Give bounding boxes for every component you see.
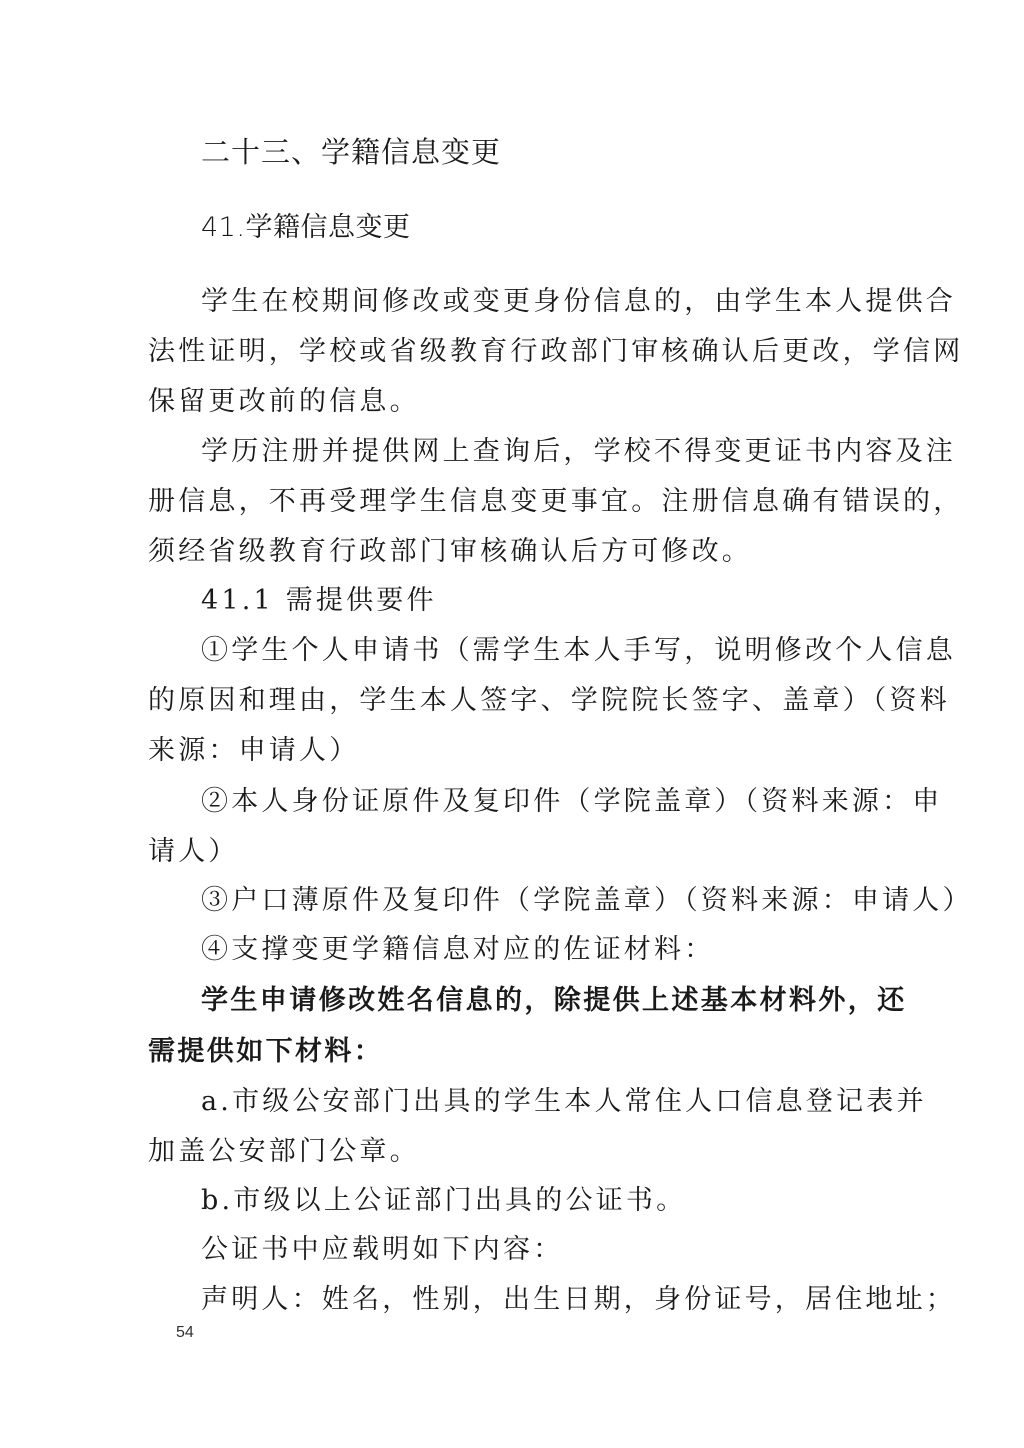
- paragraph-2-line-3: 须经省级教育行政部门审核确认后方可修改。: [148, 535, 878, 569]
- paragraph-2-line-2: 册信息，不再受理学生信息变更事宜。注册信息确有错误的，: [148, 485, 878, 519]
- subsection-heading: 41.学籍信息变更: [201, 211, 931, 245]
- name-change-intro-line-1: 学生申请修改姓名信息的，除提供上述基本材料外，还: [201, 984, 878, 1018]
- paragraph-1-line-3: 保留更改前的信息。: [148, 385, 878, 419]
- requirements-heading: 41.1 需提供要件: [201, 584, 931, 618]
- document-page: 二十三、学籍信息变更 41.学籍信息变更 学生在校期间修改或变更身份信息的，由学…: [0, 0, 1024, 1448]
- paragraph-2-line-1: 学历注册并提供网上查询后，学校不得变更证书内容及注: [201, 435, 878, 469]
- requirement-1-line-1: ①学生个人申请书（需学生本人手写，说明修改个人信息: [201, 634, 878, 668]
- requirement-3-line-1: ③户口薄原件及复印件（学院盖章）（资料来源：申请人）: [201, 884, 878, 918]
- name-change-item-b: b.市级以上公证部门出具的公证书。: [201, 1184, 931, 1218]
- page-number: 54: [176, 1324, 194, 1342]
- declarant-line: 声明人：姓名，性别，出生日期，身份证号，居住地址；: [201, 1283, 878, 1317]
- requirement-1-line-2: 的原因和理由，学生本人签字、学院院长签字、盖章）（资料: [148, 684, 878, 718]
- name-change-intro-line-2: 需提供如下材料：: [148, 1035, 878, 1069]
- requirement-1-line-3: 来源：申请人）: [148, 734, 878, 768]
- paragraph-1-line-1: 学生在校期间修改或变更身份信息的，由学生本人提供合: [201, 285, 878, 319]
- section-heading: 二十三、学籍信息变更: [201, 135, 931, 169]
- paragraph-1-line-2: 法性证明，学校或省级教育行政部门审核确认后更改，学信网: [148, 335, 878, 369]
- requirement-2-line-2: 请人）: [148, 835, 878, 869]
- name-change-item-a-line-2: 加盖公安部门公章。: [148, 1135, 878, 1169]
- requirement-4-line-1: ④支撑变更学籍信息对应的佐证材料：: [201, 933, 931, 967]
- name-change-item-a-line-1: a.市级公安部门出具的学生本人常住人口信息登记表并: [201, 1085, 878, 1119]
- requirement-2-line-1: ②本人身份证原件及复印件（学院盖章）（资料来源：申: [201, 785, 878, 819]
- notary-intro: 公证书中应载明如下内容：: [201, 1233, 931, 1267]
